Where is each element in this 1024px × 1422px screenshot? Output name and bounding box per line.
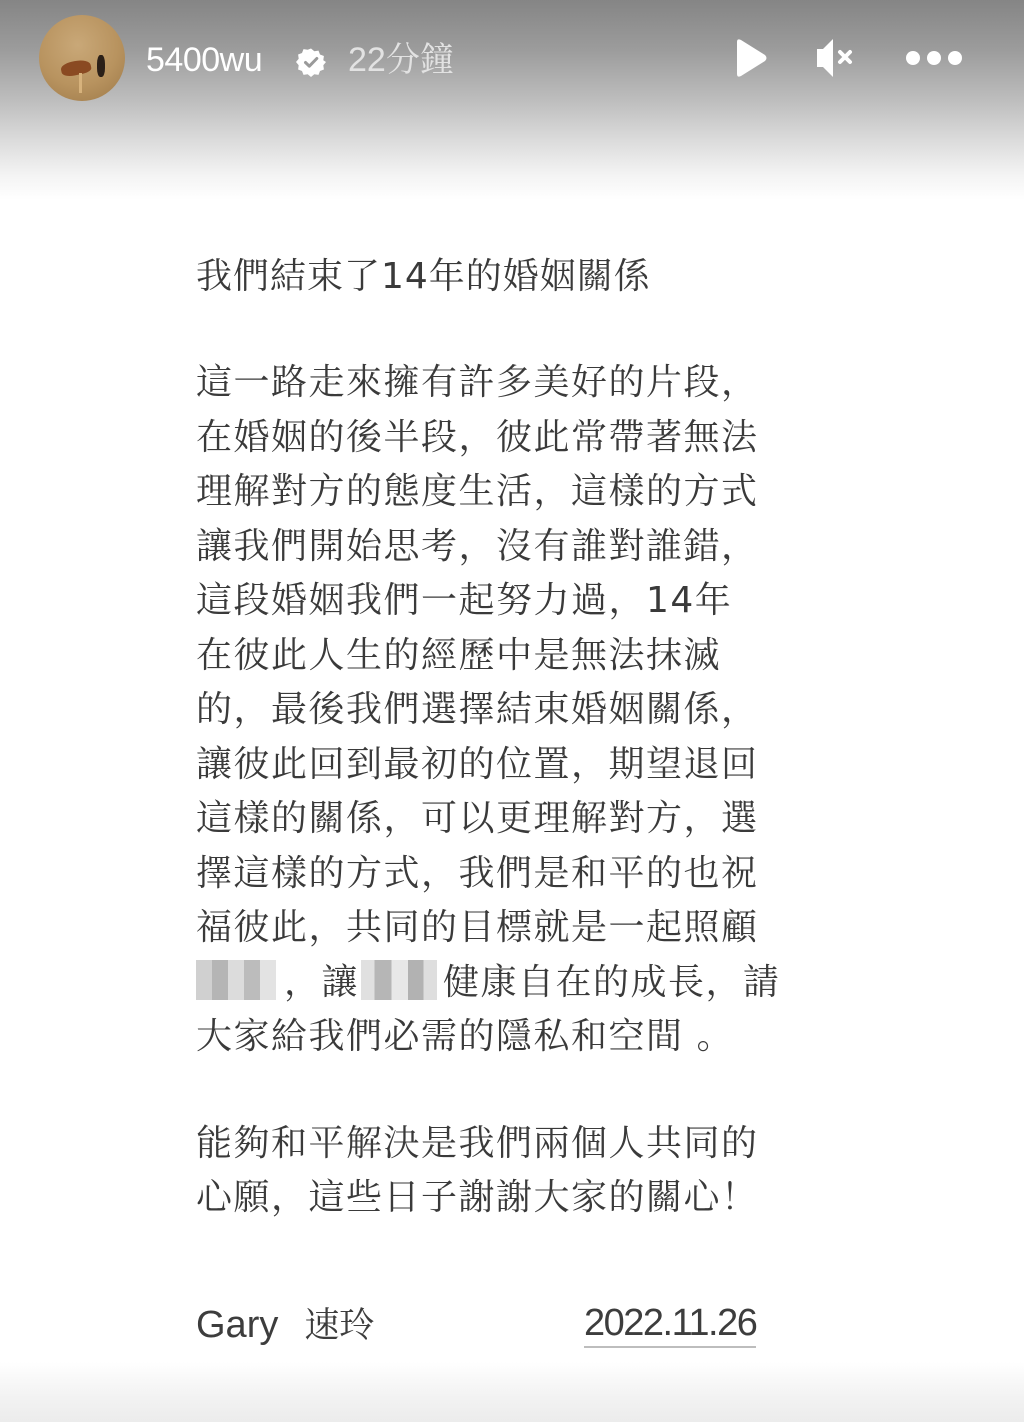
letter-line: 這一路走來擁有許多美好的片段， (196, 356, 856, 411)
letter-line: 擇這樣的方式，我們是和平的也祝 (196, 847, 856, 902)
letter-line: 在彼此人生的經歷中是無法抹滅 (196, 629, 856, 684)
letter-line: 理解對方的態度生活，這樣的方式 (196, 465, 856, 520)
username-link[interactable]: 5400wu (146, 38, 262, 82)
letter-line: 讓彼此回到最初的位置，期望退回 (196, 738, 856, 793)
volume-muted-icon (813, 36, 859, 84)
footer-gradient (0, 1362, 1024, 1422)
letter-line: 能夠和平解決是我們兩個人共同的 (196, 1117, 856, 1172)
letter-paragraph-2: 能夠和平解決是我們兩個人共同的 心願，這些日子謝謝大家的關心！ (196, 1117, 856, 1226)
signature-name-en: Gary (196, 1304, 278, 1346)
letter-line: 大家給我們必需的隱私和空間 。 (196, 1010, 856, 1065)
announcement-letter: 我們結束了14年的婚姻關係 這一路走來擁有許多美好的片段， 在婚姻的後半段，彼此… (196, 250, 856, 1226)
avatar-figure (97, 55, 105, 77)
more-options-button[interactable] (904, 36, 964, 84)
letter-line: 福彼此，共同的目標就是一起照顧 (196, 901, 856, 956)
letter-paragraph-1: 這一路走來擁有許多美好的片段， 在婚姻的後半段，彼此常帶著無法 理解對方的態度生… (196, 356, 856, 1065)
verified-badge-icon (296, 47, 326, 77)
more-horizontal-icon (905, 50, 963, 70)
letter-signature: Gary速玲 2022.11.26 (196, 1300, 796, 1350)
avatar-figure (79, 73, 82, 93)
pixelated-redaction (196, 960, 276, 1000)
letter-line: 讓我們開始思考，沒有誰對誰錯， (196, 520, 856, 575)
pixelated-redaction (361, 960, 437, 1000)
post-time: 22分鐘 (348, 38, 454, 82)
play-button[interactable] (726, 36, 774, 84)
story-viewer: 5400wu 22分鐘 (0, 0, 1024, 1422)
letter-line: 的，最後我們選擇結束婚姻關係， (196, 683, 856, 738)
signature-names: Gary速玲 (196, 1300, 374, 1351)
avatar-figure (60, 58, 92, 78)
story-header: 5400wu 22分鐘 (0, 0, 1024, 120)
letter-line-with-redaction: ，讓健康自在的成長，請 (196, 956, 856, 1011)
letter-text-fragment: 健康自在的成長，請 (443, 962, 781, 1003)
letter-line: 這段婚姻我們一起努力過，14年 (196, 574, 856, 629)
letter-line: 心願，這些日子謝謝大家的關心！ (196, 1171, 856, 1226)
avatar[interactable] (39, 15, 125, 101)
signature-date: 2022.11.26 (584, 1300, 756, 1348)
letter-line: 這樣的關係，可以更理解對方，選 (196, 792, 856, 847)
signature-name-zh: 速玲 (304, 1306, 374, 1346)
letter-title: 我們結束了14年的婚姻關係 (196, 250, 856, 304)
letter-text-fragment: ，讓 (284, 962, 359, 1003)
mute-button[interactable] (812, 36, 860, 84)
letter-line: 在婚姻的後半段，彼此常帶著無法 (196, 411, 856, 466)
play-icon (731, 37, 769, 83)
